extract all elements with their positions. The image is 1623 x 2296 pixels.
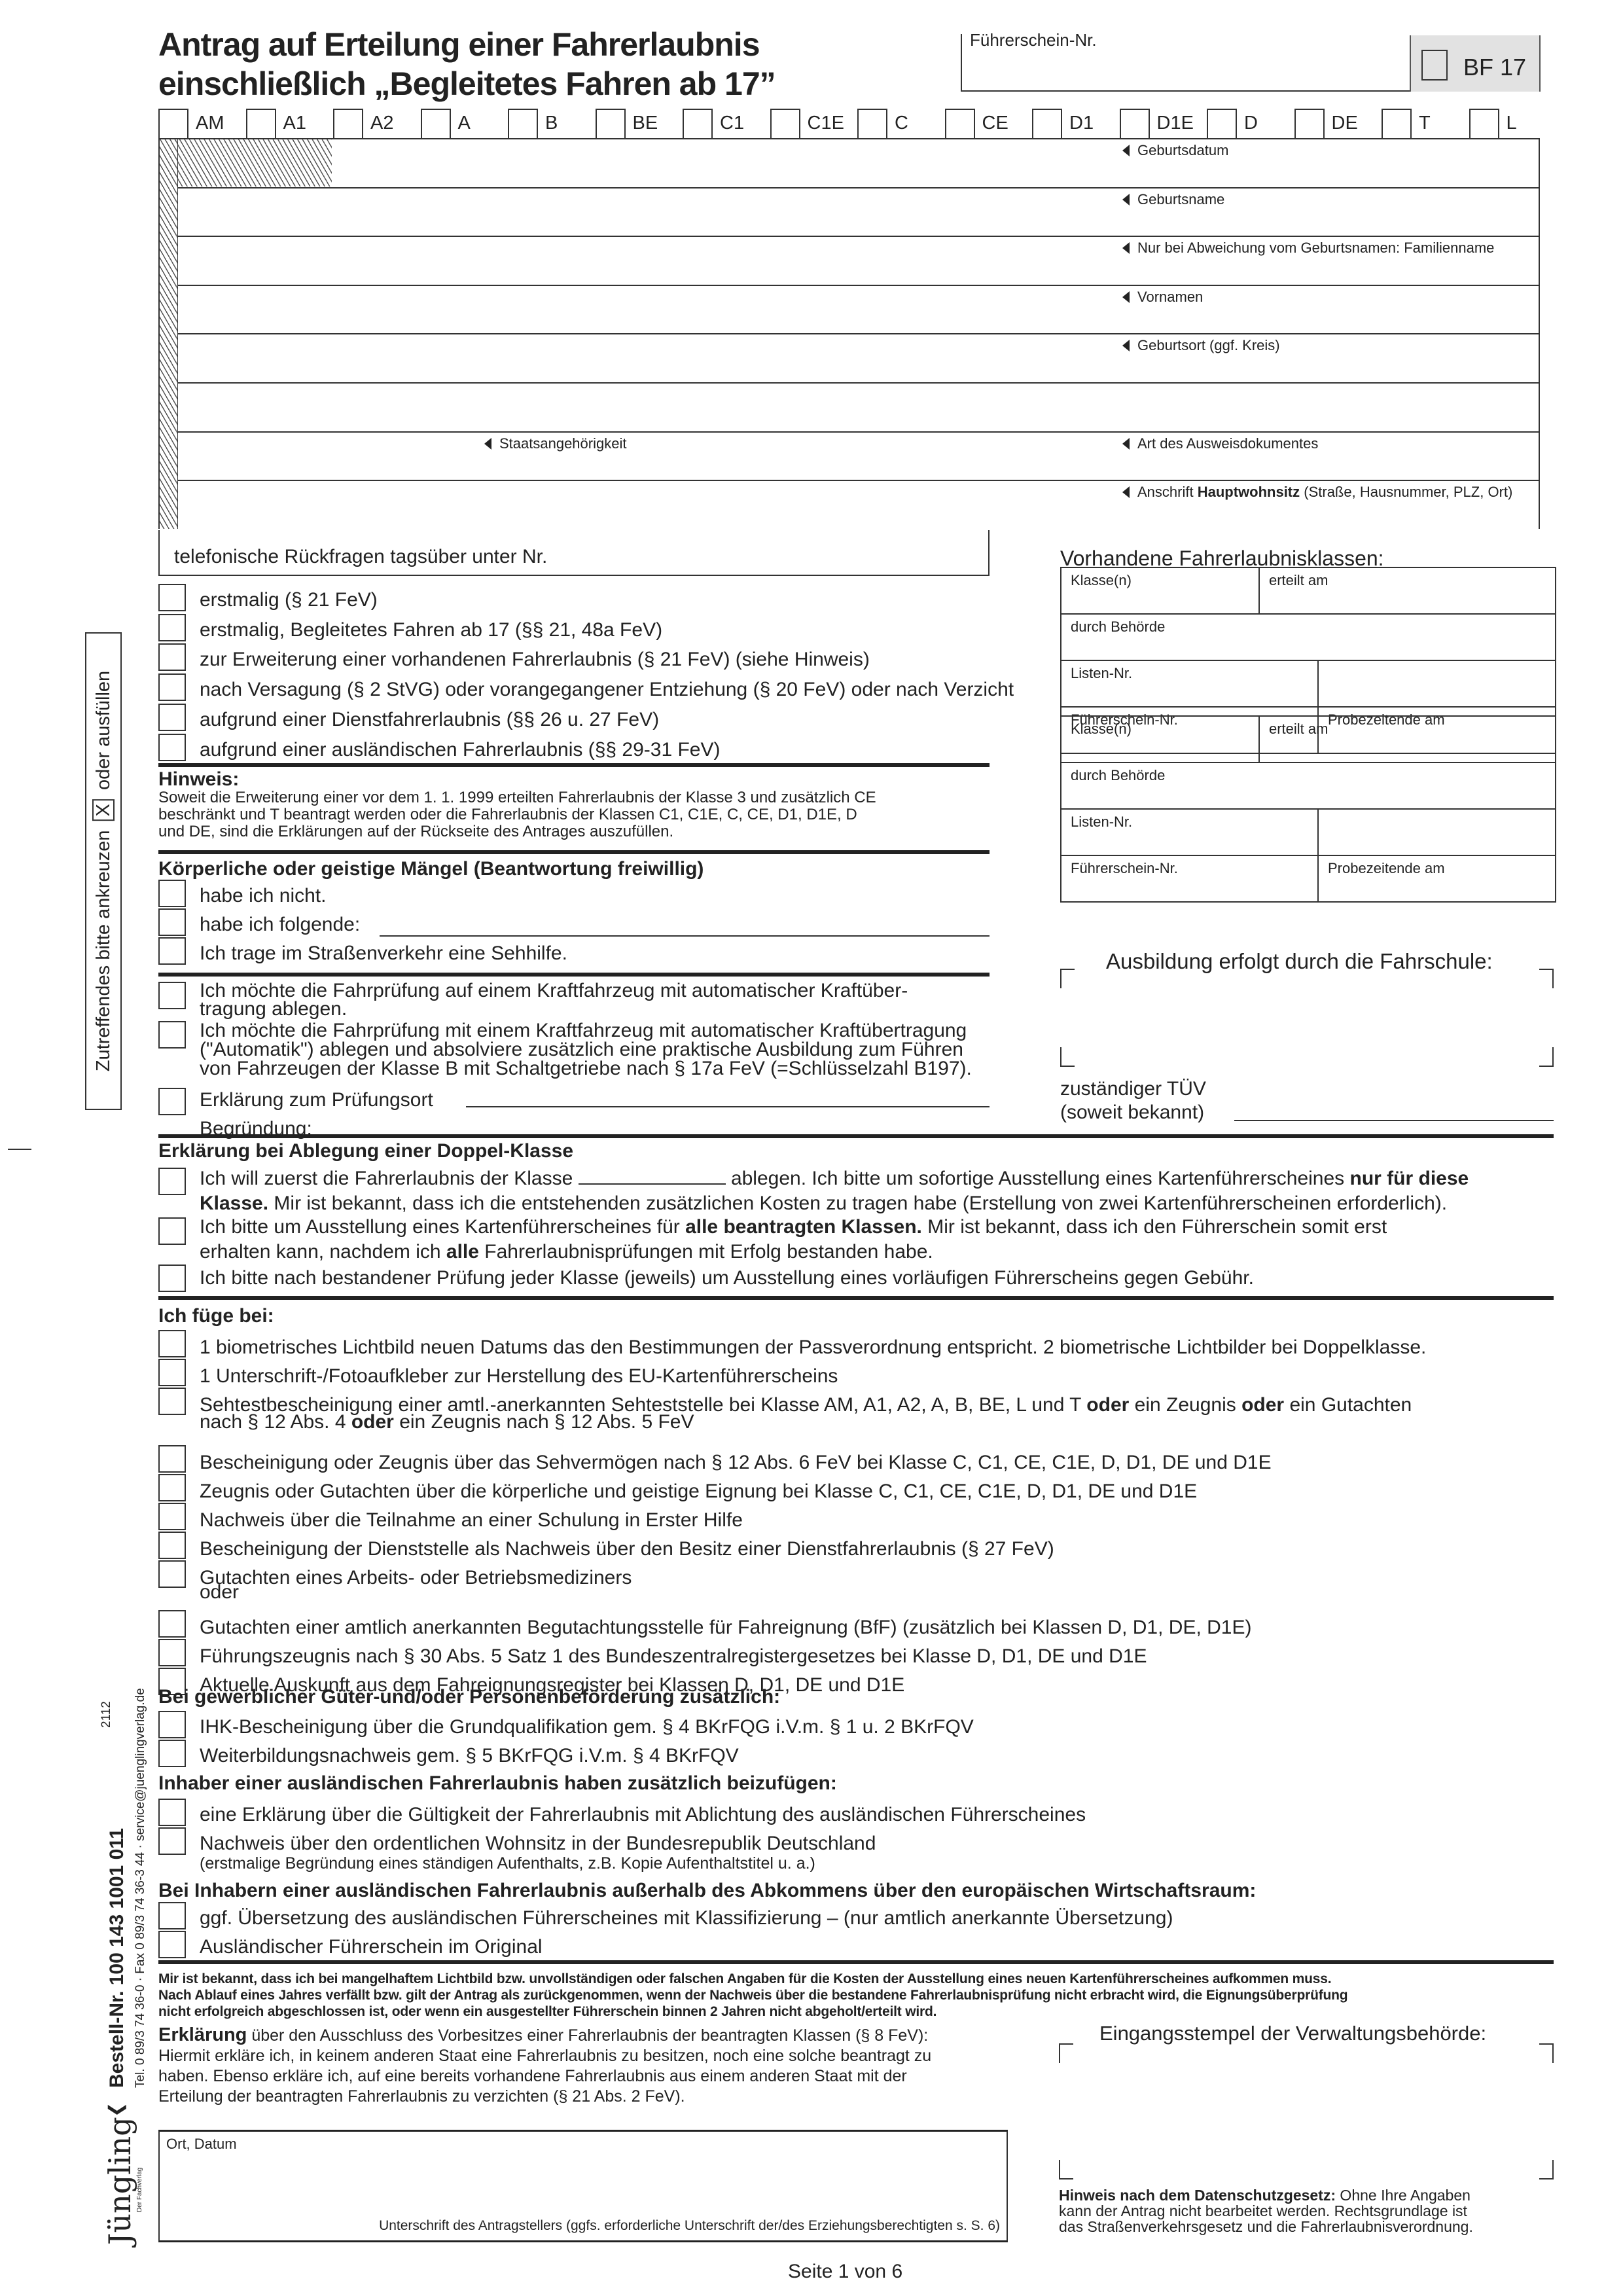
existing-probezeit-field[interactable]: Probezeitende am <box>1317 855 1556 903</box>
divider <box>158 1134 1554 1138</box>
maengel-followup-line[interactable] <box>380 935 990 937</box>
hinweis-title: Hinweis: <box>158 768 239 791</box>
checkbox-label: Ich trage im Straßenverkehr eine Sehhilf… <box>200 942 567 965</box>
class-label: AM <box>196 113 224 134</box>
checkbox[interactable] <box>158 614 186 641</box>
field-label-left: Staatsangehörigkeit <box>484 435 626 452</box>
personal-field-row[interactable]: Geburtsdatum <box>178 139 1539 188</box>
stamp-label: Eingangsstempel der Verwaltungsbehörde: <box>1099 2022 1486 2045</box>
logo-chevron-icon: ❮ <box>105 2102 126 2117</box>
class-label: C1 <box>720 113 744 134</box>
existing-fs_nr-field[interactable]: Führerschein-Nr. <box>1060 855 1319 903</box>
class-checkbox-c1[interactable] <box>683 109 713 139</box>
form-title: Antrag auf Erteilung einer Fahrerlaubnis… <box>158 25 776 103</box>
existing-listen-field[interactable]: Listen-Nr. <box>1060 808 1319 856</box>
existing-erteilt-field[interactable]: erteilt am <box>1258 567 1556 615</box>
beilagen-title: Ich füge bei: <box>158 1305 274 1327</box>
checkbox[interactable] <box>158 584 186 611</box>
checkbox[interactable] <box>158 673 186 701</box>
phone-field[interactable]: telefonische Rückfragen tagsüber unter N… <box>158 530 990 576</box>
publisher-logo: Jüngling <box>102 2117 137 2245</box>
attachment-checkbox[interactable] <box>158 1503 186 1530</box>
doppel-option-2-checkbox[interactable] <box>158 1217 186 1245</box>
checkbox-label: habe ich nicht. <box>200 885 326 907</box>
attachment-label: Bescheinigung oder Zeugnis über das Sehv… <box>200 1452 1272 1474</box>
pruefungsort-label: Erklärung zum Prüfungsort <box>200 1089 433 1111</box>
class-label: C <box>895 113 908 134</box>
attachment-label: Führungszeugnis nach § 30 Abs. 5 Satz 1 … <box>200 1645 1147 1668</box>
existing-erteilt-field[interactable]: erteilt am <box>1258 715 1556 763</box>
doppel-option-3-checkbox[interactable] <box>158 1265 186 1292</box>
divider <box>158 1296 1554 1300</box>
checkbox-label: erstmalig (§ 21 FeV) <box>200 589 378 611</box>
publisher-contact: Tel. 0 89/3 74 36-0 · Fax 0 89/3 74 36-3… <box>134 1688 148 2088</box>
class-label: D1E <box>1157 113 1194 134</box>
checkbox[interactable] <box>158 1931 186 1958</box>
attachment-checkbox[interactable] <box>158 1560 186 1588</box>
field-label: Art des Ausweisdokumentes <box>1122 435 1318 452</box>
cost-notice: Mir ist bekannt, dass ich bei mangelhaft… <box>158 1971 1347 2020</box>
class-label: DE <box>1332 113 1358 134</box>
class-checkbox-a2[interactable] <box>333 109 363 139</box>
divider <box>158 850 990 854</box>
oder-label: oder <box>200 1581 239 1604</box>
checkbox-label: IHK-Bescheinigung über die Grundqualifik… <box>200 1716 974 1738</box>
class-label: A2 <box>370 113 393 134</box>
automatik-schaltgetriebe-checkbox[interactable] <box>158 1021 186 1049</box>
stamp-area[interactable] <box>1059 2043 1554 2179</box>
checkbox-label: zur Erweiterung einer vorhandenen Fahrer… <box>200 649 870 671</box>
checkbox[interactable] <box>158 734 186 761</box>
pruefungsort-line[interactable] <box>466 1106 990 1107</box>
field-label: Geburtsdatum <box>1122 142 1228 159</box>
class-label: D1 <box>1069 113 1094 134</box>
attachment-label: Nachweis über die Teilnahme an einer Sch… <box>200 1509 743 1532</box>
arrow-left-icon <box>1122 340 1130 351</box>
attachment-checkbox[interactable] <box>158 1359 186 1386</box>
bf17-checkbox[interactable] <box>1421 50 1448 81</box>
hinweis-line: Soweit die Erweiterung einer vor dem 1. … <box>158 789 876 806</box>
checkbox-label: Weiterbildungsnachweis gem. § 5 BKrFQG i… <box>200 1745 739 1767</box>
class-label: A1 <box>283 113 306 134</box>
class-label: A <box>458 113 471 134</box>
doppel-option-2: Ich bitte um Ausstellung eines Kartenfüh… <box>200 1215 1387 1265</box>
hinweis-line: und DE, sind die Erklärungen auf der Rüc… <box>158 823 673 840</box>
personal-field-row[interactable]: Geburtsname <box>178 188 1539 238</box>
checkbox[interactable] <box>158 880 186 907</box>
class-checkbox-d1e[interactable] <box>1120 109 1150 139</box>
wohnsitz-hint: (erstmalige Begründung eines ständigen A… <box>200 1852 815 1874</box>
attachment-label: Zeugnis oder Gutachten über die körperli… <box>200 1480 1197 1503</box>
license-class-row: AMA1A2ABBEC1C1ECCED1D1EDDETL <box>158 109 1556 139</box>
existing-blank-field[interactable] <box>1317 660 1556 708</box>
personal-field-row[interactable]: Art des AusweisdokumentesStaatsangehörig… <box>178 433 1539 482</box>
field-label: Geburtsort (ggf. Kreis) <box>1122 337 1280 354</box>
checkbox-label: erstmalig, Begleitetes Fahren ab 17 (§§ … <box>200 619 662 641</box>
class-checkbox-c1e[interactable] <box>770 109 800 139</box>
doppel-class-blank[interactable] <box>579 1170 726 1185</box>
class-checkbox-l[interactable] <box>1469 109 1499 139</box>
checkbox[interactable] <box>158 1740 186 1767</box>
personal-field-row[interactable]: Geburtsort (ggf. Kreis) <box>178 334 1539 384</box>
checkbox-label: aufgrund einer Dienstfahrerlaubnis (§§ 2… <box>200 709 659 731</box>
attachment-checkbox[interactable] <box>158 1474 186 1501</box>
arrow-left-icon <box>1122 486 1130 498</box>
divider <box>158 1960 1554 1964</box>
auslaendisch-title: Inhaber einer ausländischen Fahrerlaubni… <box>158 1772 837 1795</box>
class-checkbox-d[interactable] <box>1207 109 1237 139</box>
checkbox[interactable] <box>158 704 186 731</box>
checkbox-label: ggf. Übersetzung des ausländischen Führe… <box>200 1907 1173 1929</box>
automatik-option-1: Ich möchte die Fahrprüfung auf einem Kra… <box>200 982 908 1018</box>
field-label: Nur bei Abweichung vom Geburtsnamen: Fam… <box>1122 240 1494 257</box>
existing-listen-field[interactable]: Listen-Nr. <box>1060 660 1319 708</box>
attachment-checkbox[interactable] <box>158 1388 186 1415</box>
tuev-line[interactable] <box>1234 1120 1554 1121</box>
fahrschule-stamp-area[interactable] <box>1060 969 1554 1067</box>
attachment-label: Gutachten einer amtlich anerkannten Begu… <box>200 1617 1251 1639</box>
class-label: BE <box>633 113 658 134</box>
page-number: Seite 1 von 6 <box>788 2261 902 2283</box>
checkbox[interactable] <box>158 908 186 936</box>
fold-mark <box>8 1149 31 1150</box>
existing-behoerde-field[interactable]: durch Behörde <box>1060 762 1556 810</box>
checkbox[interactable] <box>158 937 186 965</box>
doppel-option-3: Ich bitte nach bestandener Prüfung jeder… <box>200 1267 1254 1289</box>
arrow-left-icon <box>1122 145 1130 156</box>
hinweis-line: beschränkt und T beantragt werden oder d… <box>158 806 857 823</box>
class-checkbox-t[interactable] <box>1382 109 1412 139</box>
divider <box>158 763 990 767</box>
class-label: B <box>545 113 558 134</box>
checkbox[interactable] <box>158 643 186 671</box>
attachment-checkbox[interactable] <box>158 1639 186 1666</box>
class-checkbox-am[interactable] <box>158 109 188 139</box>
field-label: Anschrift Hauptwohnsitz (Straße, Hausnum… <box>1122 484 1512 501</box>
hatched-column <box>160 139 178 529</box>
ausserhalb-title: Bei Inhabern einer ausländischen Fahrerl… <box>158 1880 1256 1902</box>
class-checkbox-c[interactable] <box>857 109 887 139</box>
checkbox-label: aufgrund einer ausländischen Fahrerlaubn… <box>200 739 720 761</box>
erklaerung-block: Erklärung über den Ausschluss des Vorbes… <box>158 2025 931 2107</box>
checkbox-label: nach Versagung (§ 2 StVG) oder vorangega… <box>200 679 1014 701</box>
existing-blank-field[interactable] <box>1317 808 1556 856</box>
attachment-label: Gutachten eines Arbeits- oder Betriebsme… <box>200 1567 632 1589</box>
class-checkbox-d1[interactable] <box>1032 109 1062 139</box>
class-checkbox-a1[interactable] <box>246 109 276 139</box>
pruefungsort-checkbox[interactable] <box>158 1088 186 1115</box>
attachment-checkbox[interactable] <box>158 1330 186 1357</box>
personal-data-table: GeburtsdatumGeburtsnameNur bei Abweichun… <box>158 138 1540 529</box>
doppel-option-1: Ich will zuerst die Fahrerlaubnis der Kl… <box>200 1166 1469 1216</box>
attachment-checkbox[interactable] <box>158 1532 186 1559</box>
class-checkbox-b[interactable] <box>508 109 538 139</box>
bf17-box: BF 17 <box>1410 35 1541 92</box>
publisher-imprint: Jüngling Der Fachverlag ❮ Bestell-Nr. 10… <box>98 1702 157 2245</box>
checkbox[interactable] <box>158 1799 186 1826</box>
doppel-option-1-checkbox[interactable] <box>158 1168 186 1195</box>
attachment-label-cont: nach § 12 Abs. 4 oder ein Zeugnis nach §… <box>200 1411 694 1433</box>
class-label: L <box>1507 113 1517 134</box>
side-instruction: Zutreffendes bitte ankreuzen X oder ausf… <box>85 632 122 1110</box>
existing-licenses-title: Vorhandene Fahrerlaubnisklassen: <box>1060 547 1384 569</box>
personal-field-row[interactable]: Vornamen <box>178 286 1539 335</box>
checkbox[interactable] <box>158 1902 186 1929</box>
automatik-checkbox[interactable] <box>158 982 186 1009</box>
checkbox-label: habe ich folgende: <box>200 914 360 936</box>
existing-klassen-field[interactable]: Klasse(n) <box>1060 567 1260 615</box>
field-label: Geburtsname <box>1122 191 1224 208</box>
existing-behoerde-field[interactable]: durch Behörde <box>1060 613 1556 661</box>
attachment-checkbox[interactable] <box>158 1445 186 1473</box>
x-mark-icon: X <box>92 799 115 821</box>
class-checkbox-de[interactable] <box>1294 109 1325 139</box>
doppel-title: Erklärung bei Ablegung einer Doppel-Klas… <box>158 1140 573 1162</box>
class-checkbox-be[interactable] <box>596 109 626 139</box>
arrow-left-icon <box>484 438 491 450</box>
arrow-left-icon <box>1122 291 1130 303</box>
maengel-title: Körperliche oder geistige Mängel (Beantw… <box>158 858 704 880</box>
arrow-left-icon <box>1122 242 1130 254</box>
ort-datum-label: Ort, Datum <box>166 2136 237 2153</box>
arrow-left-icon <box>1122 438 1130 450</box>
checkbox-label: Ausländischer Führerschein im Original <box>200 1936 543 1958</box>
class-checkbox-a[interactable] <box>421 109 451 139</box>
order-number: Bestell-Nr. 100 143 1001 011 <box>106 1828 128 2088</box>
class-label: CE <box>982 113 1008 134</box>
divider <box>158 973 990 977</box>
class-label: D <box>1244 113 1258 134</box>
tuev-label: zuständiger TÜV(soweit bekannt) <box>1060 1077 1206 1124</box>
gewerblich-title: Bei gewerblicher Güter-und/oder Personen… <box>158 1686 780 1708</box>
signature-caption: Unterschrift des Antragstellers (ggfs. e… <box>379 2218 1000 2234</box>
attachment-label: Bescheinigung der Dienststelle als Nachw… <box>200 1538 1054 1560</box>
field-label: Vornamen <box>1122 289 1203 306</box>
form-code: 2112 <box>99 1701 114 1728</box>
personal-field-row[interactable] <box>178 384 1539 433</box>
arrow-left-icon <box>1122 194 1130 206</box>
attachment-checkbox[interactable] <box>158 1610 186 1638</box>
checkbox[interactable] <box>158 1711 186 1738</box>
personal-field-row[interactable]: Nur bei Abweichung vom Geburtsnamen: Fam… <box>178 237 1539 286</box>
signature-box[interactable]: Ort, Datum Unterschrift des Antragstelle… <box>158 2130 1008 2242</box>
class-checkbox-ce[interactable] <box>945 109 975 139</box>
class-label: T <box>1419 113 1431 134</box>
class-label: C1E <box>808 113 844 134</box>
existing-klassen-field[interactable]: Klasse(n) <box>1060 715 1260 763</box>
checkbox-label: eine Erklärung über die Gültigkeit der F… <box>200 1804 1086 1826</box>
automatik-option-2: Ich möchte die Fahrprüfung mit einem Kra… <box>200 1021 972 1078</box>
checkbox[interactable] <box>158 1827 186 1855</box>
attachment-label: 1 biometrisches Lichtbild neuen Datums d… <box>200 1336 1426 1359</box>
attachment-label: 1 Unterschrift-/Fotoaufkleber zur Herste… <box>200 1365 838 1388</box>
checkbox-label: Nachweis über den ordentlichen Wohnsitz … <box>200 1833 876 1855</box>
personal-field-row[interactable]: Anschrift Hauptwohnsitz (Straße, Hausnum… <box>178 481 1539 530</box>
datenschutz-note: Hinweis nach dem Datenschutzgesetz: Ohne… <box>1059 2187 1473 2234</box>
